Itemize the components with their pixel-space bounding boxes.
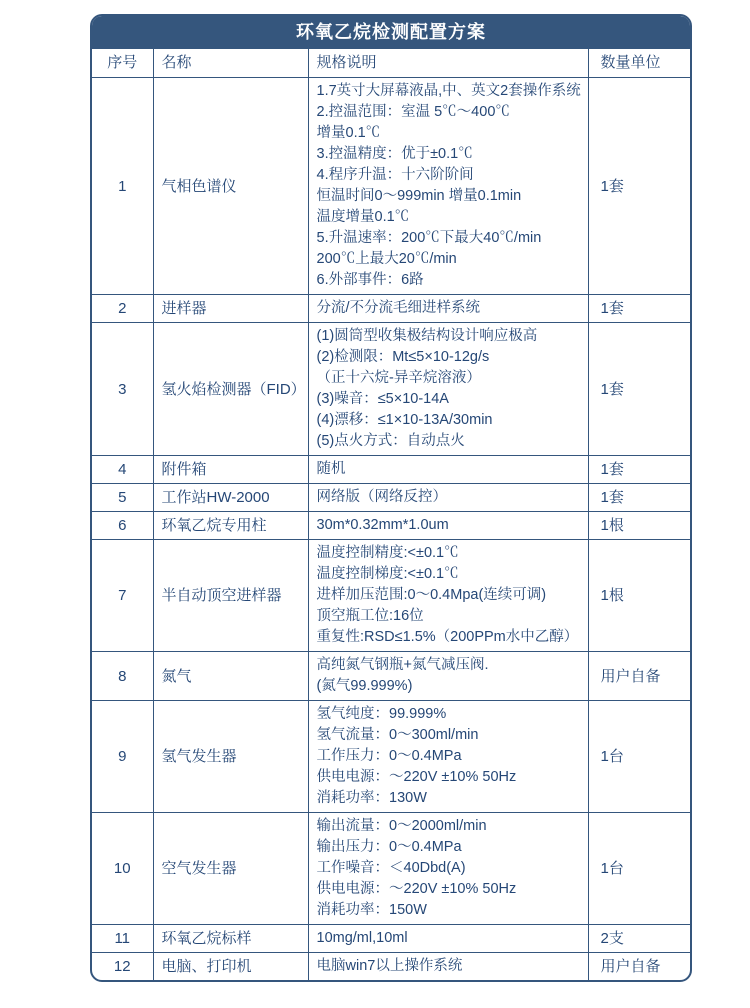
row-name: 电脑、打印机 [153, 953, 308, 981]
row-spec: 随机 [308, 456, 588, 484]
spec-line: 2.控温范围：室温 5℃～400℃ [317, 102, 586, 123]
row-name: 进样器 [153, 295, 308, 323]
row-qty: 1根 [588, 540, 692, 652]
col-header-index: 序号 [92, 49, 153, 78]
spec-line: 氢气流量：0～300ml/min [317, 725, 586, 746]
row-index: 9 [92, 701, 153, 813]
table-row: 9氢气发生器氢气纯度：99.999%氢气流量：0～300ml/min工作压力：0… [92, 701, 692, 813]
row-index: 1 [92, 78, 153, 295]
row-spec: 输出流量：0～2000ml/min输出压力：0～0.4MPa工作噪音：＜40Db… [308, 813, 588, 925]
row-qty: 1台 [588, 701, 692, 813]
row-qty: 用户自备 [588, 953, 692, 981]
row-name: 工作站HW-2000 [153, 484, 308, 512]
spec-line: (氮气99.999%) [317, 676, 586, 697]
spec-line: 供电电源：～220V ±10% 50Hz [317, 879, 586, 900]
row-spec: 温度控制精度:<±0.1℃温度控制梯度:<±0.1℃进样加压范围:0～0.4Mp… [308, 540, 588, 652]
table-body: 1气相色谱仪1.7英寸大屏幕液晶,中、英文2套操作系统2.控温范围：室温 5℃～… [92, 78, 692, 981]
spec-line: 电脑win7以上操作系统 [317, 956, 586, 977]
spec-line: (3)噪音：≤5×10-14A [317, 389, 586, 410]
row-spec: 氢气纯度：99.999%氢气流量：0～300ml/min工作压力：0～0.4MP… [308, 701, 588, 813]
row-name: 环氧乙烷标样 [153, 925, 308, 953]
spec-line: 输出压力：0～0.4MPa [317, 837, 586, 858]
row-spec: 30m*0.32mm*1.0um [308, 512, 588, 540]
row-name: 半自动顶空进样器 [153, 540, 308, 652]
spec-line: （正十六烷-异辛烷溶液） [317, 368, 586, 389]
spec-line: 10mg/ml,10ml [317, 928, 586, 949]
row-name: 环氧乙烷专用柱 [153, 512, 308, 540]
spec-line: (2)检测限：Mt≤5×10-12g/s [317, 347, 586, 368]
spec-line: 氢气纯度：99.999% [317, 704, 586, 725]
table-row: 1气相色谱仪1.7英寸大屏幕液晶,中、英文2套操作系统2.控温范围：室温 5℃～… [92, 78, 692, 295]
row-qty: 用户自备 [588, 652, 692, 701]
row-index: 7 [92, 540, 153, 652]
spec-line: 温度控制梯度:<±0.1℃ [317, 564, 586, 585]
table-row: 11环氧乙烷标样10mg/ml,10ml2支 [92, 925, 692, 953]
row-qty: 2支 [588, 925, 692, 953]
row-qty: 1套 [588, 323, 692, 456]
spec-line: 4.程序升温：十六阶阶间 [317, 165, 586, 186]
row-index: 4 [92, 456, 153, 484]
row-spec: 分流/不分流毛细进样系统 [308, 295, 588, 323]
spec-line: (4)漂移：≤1×10-13A/30min [317, 410, 586, 431]
spec-line: (5)点火方式：自动点火 [317, 431, 586, 452]
spec-line: 消耗功率：130W [317, 788, 586, 809]
spec-line: 200℃上最大20℃/min [317, 249, 586, 270]
spec-line: (1)圆筒型收集极结构设计响应极高 [317, 326, 586, 347]
spec-line: 增量0.1℃ [317, 123, 586, 144]
spec-line: 恒温时间0～999min 增量0.1min [317, 186, 586, 207]
table-row: 4附件箱随机1套 [92, 456, 692, 484]
table-row: 2进样器分流/不分流毛细进样系统1套 [92, 295, 692, 323]
spec-line: 30m*0.32mm*1.0um [317, 515, 586, 536]
spec-line: 高纯氮气钢瓶+氮气减压阀. [317, 655, 586, 676]
table-row: 8氮气高纯氮气钢瓶+氮气减压阀.(氮气99.999%)用户自备 [92, 652, 692, 701]
spec-line: 3.控温精度：优于±0.1℃ [317, 144, 586, 165]
row-index: 2 [92, 295, 153, 323]
spec-line: 工作噪音：＜40Dbd(A) [317, 858, 586, 879]
row-index: 8 [92, 652, 153, 701]
row-qty: 1套 [588, 295, 692, 323]
spec-line: 进样加压范围:0～0.4Mpa(连续可调) [317, 585, 586, 606]
row-name: 空气发生器 [153, 813, 308, 925]
row-name: 氢火焰检测器（FID） [153, 323, 308, 456]
config-table-card: 环氧乙烷检测配置方案 序号 名称 规格说明 数量单位 1气相色谱仪1.7英寸大屏… [90, 14, 692, 982]
row-index: 10 [92, 813, 153, 925]
row-qty: 1套 [588, 456, 692, 484]
spec-line: 网络版（网络反控） [317, 487, 586, 508]
row-name: 附件箱 [153, 456, 308, 484]
row-spec: 高纯氮气钢瓶+氮气减压阀.(氮气99.999%) [308, 652, 588, 701]
spec-line: 供电电源：～220V ±10% 50Hz [317, 767, 586, 788]
row-name: 气相色谱仪 [153, 78, 308, 295]
row-name: 氮气 [153, 652, 308, 701]
col-header-qty: 数量单位 [588, 49, 692, 78]
table-row: 6环氧乙烷专用柱30m*0.32mm*1.0um1根 [92, 512, 692, 540]
header-row: 序号 名称 规格说明 数量单位 [92, 49, 692, 78]
row-index: 6 [92, 512, 153, 540]
page: 环氧乙烷检测配置方案 序号 名称 规格说明 数量单位 1气相色谱仪1.7英寸大屏… [0, 0, 750, 1008]
col-header-name: 名称 [153, 49, 308, 78]
spec-line: 工作压力：0～0.4MPa [317, 746, 586, 767]
table-row: 5工作站HW-2000网络版（网络反控）1套 [92, 484, 692, 512]
spec-line: 温度控制精度:<±0.1℃ [317, 543, 586, 564]
table-row: 12电脑、打印机电脑win7以上操作系统用户自备 [92, 953, 692, 981]
row-qty: 1套 [588, 484, 692, 512]
row-spec: 网络版（网络反控） [308, 484, 588, 512]
row-index: 11 [92, 925, 153, 953]
spec-line: 1.7英寸大屏幕液晶,中、英文2套操作系统 [317, 81, 586, 102]
spec-line: 5.升温速率：200℃下最大40℃/min [317, 228, 586, 249]
row-qty: 1套 [588, 78, 692, 295]
row-index: 3 [92, 323, 153, 456]
table-row: 3氢火焰检测器（FID）(1)圆筒型收集极结构设计响应极高(2)检测限：Mt≤5… [92, 323, 692, 456]
row-spec: (1)圆筒型收集极结构设计响应极高(2)检测限：Mt≤5×10-12g/s（正十… [308, 323, 588, 456]
spec-line: 分流/不分流毛细进样系统 [317, 298, 586, 319]
row-index: 5 [92, 484, 153, 512]
row-name: 氢气发生器 [153, 701, 308, 813]
table-row: 10空气发生器输出流量：0～2000ml/min输出压力：0～0.4MPa工作噪… [92, 813, 692, 925]
table-title: 环氧乙烷检测配置方案 [92, 16, 690, 49]
row-qty: 1台 [588, 813, 692, 925]
spec-line: 6.外部事件：6路 [317, 270, 586, 291]
spec-table: 序号 名称 规格说明 数量单位 1气相色谱仪1.7英寸大屏幕液晶,中、英文2套操… [92, 49, 692, 980]
row-index: 12 [92, 953, 153, 981]
spec-line: 重复性:RSD≤1.5%（200PPm水中乙醇） [317, 627, 586, 648]
table-row: 7半自动顶空进样器温度控制精度:<±0.1℃温度控制梯度:<±0.1℃进样加压范… [92, 540, 692, 652]
spec-line: 温度增量0.1℃ [317, 207, 586, 228]
spec-line: 输出流量：0～2000ml/min [317, 816, 586, 837]
spec-line: 消耗功率：150W [317, 900, 586, 921]
col-header-spec: 规格说明 [308, 49, 588, 78]
row-spec: 10mg/ml,10ml [308, 925, 588, 953]
spec-line: 随机 [317, 459, 586, 480]
row-spec: 电脑win7以上操作系统 [308, 953, 588, 981]
row-spec: 1.7英寸大屏幕液晶,中、英文2套操作系统2.控温范围：室温 5℃～400℃增量… [308, 78, 588, 295]
row-qty: 1根 [588, 512, 692, 540]
spec-line: 顶空瓶工位:16位 [317, 606, 586, 627]
